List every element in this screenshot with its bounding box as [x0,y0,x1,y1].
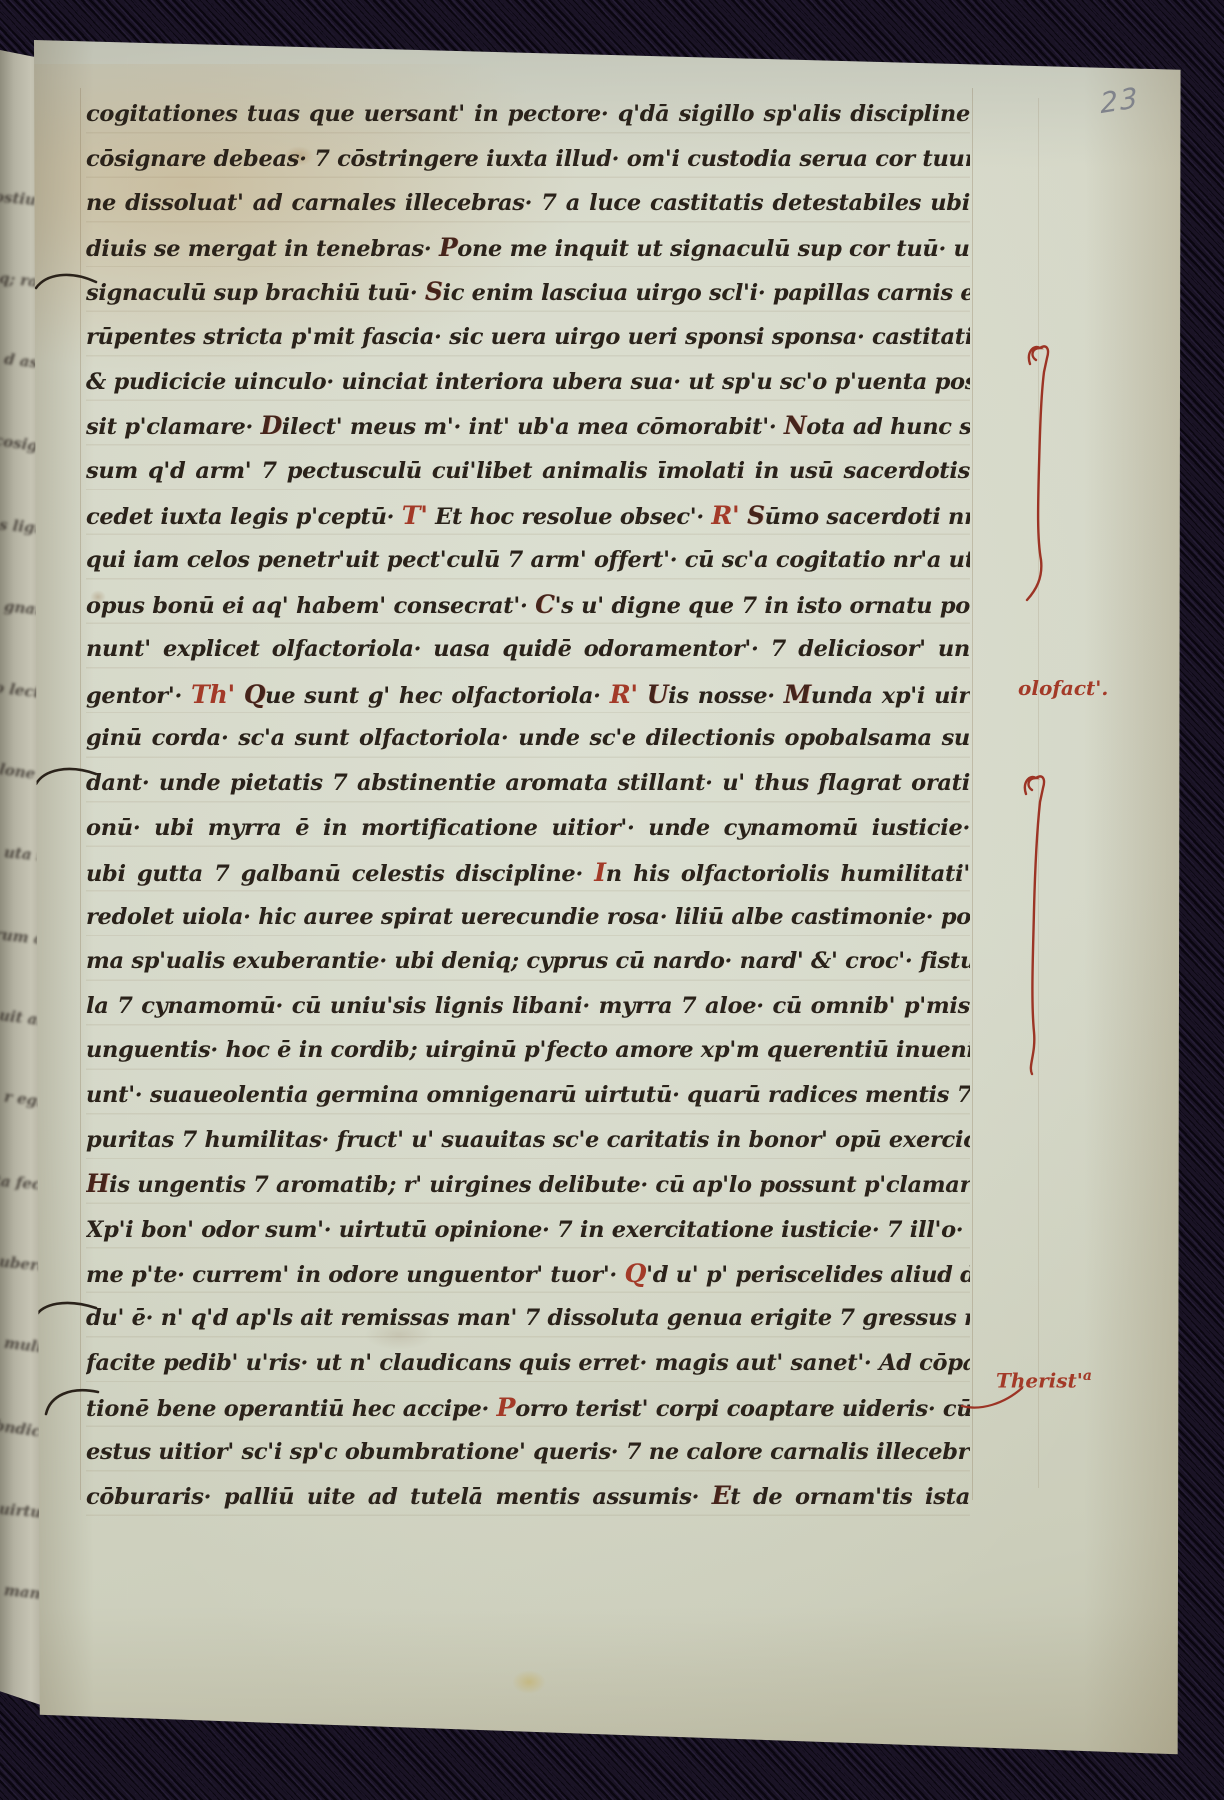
manuscript-text: signaculū sup brachiū tuū· [86,280,425,306]
rubric-text: R' [711,500,739,530]
manuscript-photo: ostiu qq; ratiod assumcosignats lignagna… [0,0,1224,1800]
manuscript-text: P [439,233,457,262]
margin-note-therista-text: Therist' [996,1369,1083,1393]
manuscript-text: ma sp'ualis exuberantie· ubi deniq; cypr… [86,948,970,974]
manuscript-text: & pudicicie uinculo· uinciat interiora u… [86,369,970,395]
manuscript-line: signaculū sup brachiū tuū· Sic enim lasc… [86,270,970,315]
margin-note-olfactoriola: olofact'. [1018,676,1108,700]
parchment-shade-bottom [34,1606,1184,1756]
manuscript-text: one me inquit ut signaculū sup cor tuū· … [457,236,970,262]
manuscript-text: cōsignare debeas· 7 cōstringere iuxta il… [86,146,970,172]
manuscript-text: C [535,590,554,619]
manuscript-text: n his olfactoriolis humilitati' [606,861,970,887]
manuscript-text: t de ornam'tis ista [730,1484,970,1510]
manuscript-line: la 7 cynamomū· cū uniu'sis lignis libani… [86,984,970,1029]
nota-mark-icon [1018,770,1058,1080]
manuscript-line: His ungentis 7 aromatib; r' uirgines del… [86,1162,970,1207]
manuscript-line: ginū corda· sc'a sunt olfactoriola· unde… [86,716,970,761]
manuscript-line: Xp'i bon' odor sum'· uirtutū opinione· 7… [86,1207,970,1252]
manuscript-text: is ungentis 7 aromatib; r' uirgines deli… [109,1172,970,1198]
manuscript-line: du' ē· n' q'd ap'ls ait remissas man' 7 … [86,1296,970,1341]
page-top-edge-stain [264,38,1161,40]
line-start-flourish [42,1384,102,1418]
parchment-shade-right [1084,38,1184,1756]
rubric-text: T' [402,500,428,530]
manuscript-text: unda xp'i uir [811,683,970,709]
manuscript-text: opus bonū ei aq' habem' consecrat'· [86,593,535,619]
manuscript-line: unt'· suaueolentia germina omnigenarū ui… [86,1073,970,1118]
manuscript-line: ma sp'ualis exuberantie· ubi deniq; cypr… [86,939,970,984]
manuscript-text: nunt' explicet olfactoriola· uasa quidē … [86,636,970,662]
text-block: cogitationes tuas que uersant' in pector… [86,92,970,1519]
manuscript-text: orro terist' corpi coaptare uideris· cū … [515,1396,970,1422]
manuscript-text: Et hoc resolue obsec'· [428,504,712,530]
manuscript-line: rūpentes stricta p'mit fascia· sic uera … [86,315,970,360]
rubric-text: P [497,1392,516,1422]
manuscript-text [235,683,244,709]
manuscript-line: ubi gutta 7 galbanū celestis discipline·… [86,850,970,895]
manuscript-line: cōburaris· palliū uite ad tutelā mentis … [86,1474,970,1519]
line-start-flourish [34,760,98,788]
manuscript-text: me p'te· currem' in odore unguentor' tuo… [86,1262,624,1288]
manuscript-page: 23 cogitationes tuas que uersant' in pec… [34,38,1184,1756]
manuscript-line: sit p'clamare· Dilect' meus m'· int' ub'… [86,404,970,449]
manuscript-text: estus uitior' sc'i sp'c obumbratione' qu… [86,1439,970,1465]
manuscript-text: ilect' meus m'· int' ub'a mea cōmorabit'… [282,414,784,440]
manuscript-text: ne dissoluat' ad carnales illecebras· 7 … [86,190,970,216]
folio-number: 23 [1099,81,1140,120]
manuscript-line: cōsignare debeas· 7 cōstringere iuxta il… [86,137,970,182]
manuscript-line: gentor'· Th' Que sunt g' hec olfactoriol… [86,672,970,717]
manuscript-line: redolet uiola· hic auree spirat uerecund… [86,895,970,940]
nota-mark-icon [1024,338,1064,608]
manuscript-line: onū· ubi myrra ē in mortificatione uitio… [86,806,970,851]
manuscript-text [638,683,647,709]
margin-note-therista-sup: a [1083,1368,1092,1384]
manuscript-line: & pudicicie uinculo· uinciat interiora u… [86,360,970,405]
manuscript-text: M [784,680,811,709]
manuscript-text: is nosse· [668,683,784,709]
manuscript-text: rūpentes stricta p'mit fascia· sic uera … [86,324,970,350]
manuscript-text: redolet uiola· hic auree spirat uerecund… [86,904,970,930]
manuscript-text: sit p'clamare· [86,414,261,440]
manuscript-text: sum q'd arm' 7 pectusculū cui'libet anim… [86,458,970,484]
manuscript-text [739,504,747,530]
manuscript-text: E [712,1481,731,1510]
manuscript-text: tionē bene operantiū hec accipe· [86,1396,497,1422]
rubric-text: Th' [191,679,235,709]
manuscript-line: dant· unde pietatis 7 abstinentie aromat… [86,761,970,806]
ruling-line-left [80,88,81,1500]
manuscript-line: estus uitior' sc'i sp'c obumbratione' qu… [86,1430,970,1475]
manuscript-text: Q [244,680,265,709]
manuscript-text: ginū corda· sc'a sunt olfactoriola· unde… [86,725,970,751]
manuscript-text: dant· unde pietatis 7 abstinentie aromat… [86,770,970,796]
manuscript-text: S [425,277,443,306]
manuscript-text: diuis se mergat in tenebras· [86,236,439,262]
parchment-shade-left [34,38,94,1756]
manuscript-line: puritas 7 humilitas· fruct' u' suauitas … [86,1118,970,1163]
line-start-flourish [34,1296,98,1324]
manuscript-text: cōburaris· palliū uite ad tutelā mentis … [86,1484,712,1510]
manuscript-text: ic enim lasciua uirgo scl'i· papillas ca… [443,280,971,306]
manuscript-text: ota ad hunc sen [806,414,970,440]
ruling-line-right [972,88,973,1500]
manuscript-text: unt'· suaueolentia germina omnigenarū ui… [86,1082,970,1108]
manuscript-text: puritas 7 humilitas· fruct' u' suauitas … [86,1127,970,1153]
rubric-text: R' [610,679,638,709]
manuscript-line: nunt' explicet olfactoriola· uasa quidē … [86,627,970,672]
manuscript-line: sum q'd arm' 7 pectusculū cui'libet anim… [86,449,970,494]
manuscript-text: H [86,1169,109,1198]
rubric-text: I [594,857,605,887]
manuscript-line: cedet iuxta legis p'ceptū· T' Et hoc res… [86,493,970,538]
manuscript-text: ue sunt g' hec olfactoriola· [265,683,610,709]
manuscript-text: cogitationes tuas que uersant' in pector… [86,101,970,127]
manuscript-text: S [747,501,765,530]
manuscript-text: facite pedib' u'ris· ut n' claudicans qu… [86,1350,970,1376]
rubric-text: Q [624,1258,646,1288]
manuscript-text: qui iam celos penetr'uit pect'culū 7 arm… [86,547,970,573]
line-start-flourish [34,266,98,294]
manuscript-line: me p'te· currem' in odore unguentor' tuo… [86,1251,970,1296]
manuscript-line: diuis se mergat in tenebras· Pone me inq… [86,226,970,271]
parchment-spot [512,1670,546,1694]
manuscript-text: D [261,411,282,440]
manuscript-line: qui iam celos penetr'uit pect'culū 7 arm… [86,538,970,583]
manuscript-text: U [647,680,668,709]
manuscript-text: ūmo sacerdoti nr'o [765,504,970,530]
manuscript-text: la 7 cynamomū· cū uniu'sis lignis libani… [86,993,970,1019]
manuscript-text: unguentis· hoc ē in cordib; uirginū p'fe… [86,1037,970,1063]
manuscript-line: cogitationes tuas que uersant' in pector… [86,92,970,137]
manuscript-text: onū· ubi myrra ē in mortificatione uitio… [86,815,970,841]
manuscript-text: cedet iuxta legis p'ceptū· [86,504,402,530]
manuscript-line: tionē bene operantiū hec accipe· Porro t… [86,1385,970,1430]
manuscript-line: unguentis· hoc ē in cordib; uirginū p'fe… [86,1028,970,1073]
manuscript-line: ne dissoluat' ad carnales illecebras· 7 … [86,181,970,226]
manuscript-text: 'd u' p' periscelides aliud dicen [646,1262,970,1288]
manuscript-text: N [784,411,806,440]
manuscript-line: opus bonū ei aq' habem' consecrat'· C's … [86,583,970,628]
manuscript-text: gentor'· [86,683,191,709]
manuscript-text: Xp'i bon' odor sum'· uirtutū opinione· 7… [86,1217,970,1243]
manuscript-text: du' ē· n' q'd ap'ls ait remissas man' 7 … [86,1305,970,1331]
manuscript-text: 's u' digne que 7 in isto ornatu po [555,593,970,619]
manuscript-text: ubi gutta 7 galbanū celestis discipline· [86,861,594,887]
manuscript-line: facite pedib' u'ris· ut n' claudicans qu… [86,1341,970,1386]
margin-note-therista: Therist'a [996,1368,1092,1393]
